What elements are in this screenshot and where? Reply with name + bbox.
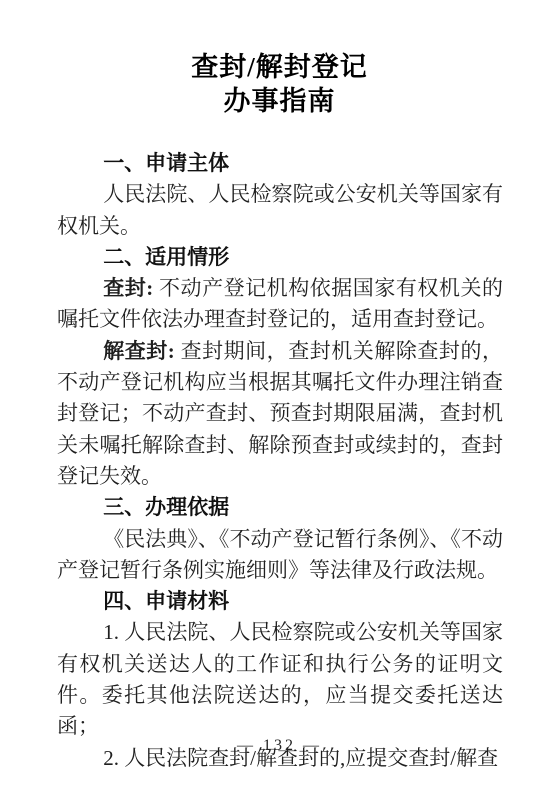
paragraph-legal-basis: 《民法典》、《不动产登记暂行条例》、《不动产登记暂行条例实施细则》等法律及行政法… bbox=[57, 524, 503, 587]
section-heading-application-materials: 四、申请材料 bbox=[57, 586, 503, 617]
document-title: 查封/解封登记 办事指南 bbox=[0, 50, 559, 118]
section-heading-applicant: 一、申请主体 bbox=[57, 148, 503, 179]
document-body: 一、申请主体 人民法院、人民检察院或公安机关等国家有权机关。 二、适用情形 查封… bbox=[57, 148, 503, 774]
page-number: — 132 — bbox=[0, 736, 559, 756]
document-page: 查封/解封登记 办事指南 一、申请主体 人民法院、人民检察院或公安机关等国家有权… bbox=[0, 0, 559, 793]
term-seal-lead: 查封: bbox=[103, 276, 153, 300]
title-line-1: 查封/解封登记 bbox=[0, 50, 559, 84]
term-unseal-lead: 解查封: bbox=[103, 339, 175, 363]
paragraph-unseal-definition: 解查封: 查封期间，查封机关解除查封的，不动产登记机构应当根据其嘱托文件办理注销… bbox=[57, 336, 503, 492]
section-heading-applicable-situations: 二、适用情形 bbox=[57, 242, 503, 273]
section-heading-legal-basis: 三、办理依据 bbox=[57, 492, 503, 523]
paragraph-seal-definition: 查封: 不动产登记机构依据国家有权机关的嘱托文件依法办理查封登记的，适用查封登记… bbox=[57, 273, 503, 336]
page-number-text: — 132 — bbox=[237, 737, 322, 754]
title-line-2: 办事指南 bbox=[0, 84, 559, 118]
paragraph-applicant: 人民法院、人民检察院或公安机关等国家有权机关。 bbox=[57, 179, 503, 242]
paragraph-material-item-1: 1. 人民法院、人民检察院或公安机关等国家有权机关送达人的工作证和执行公务的证明… bbox=[57, 617, 503, 742]
